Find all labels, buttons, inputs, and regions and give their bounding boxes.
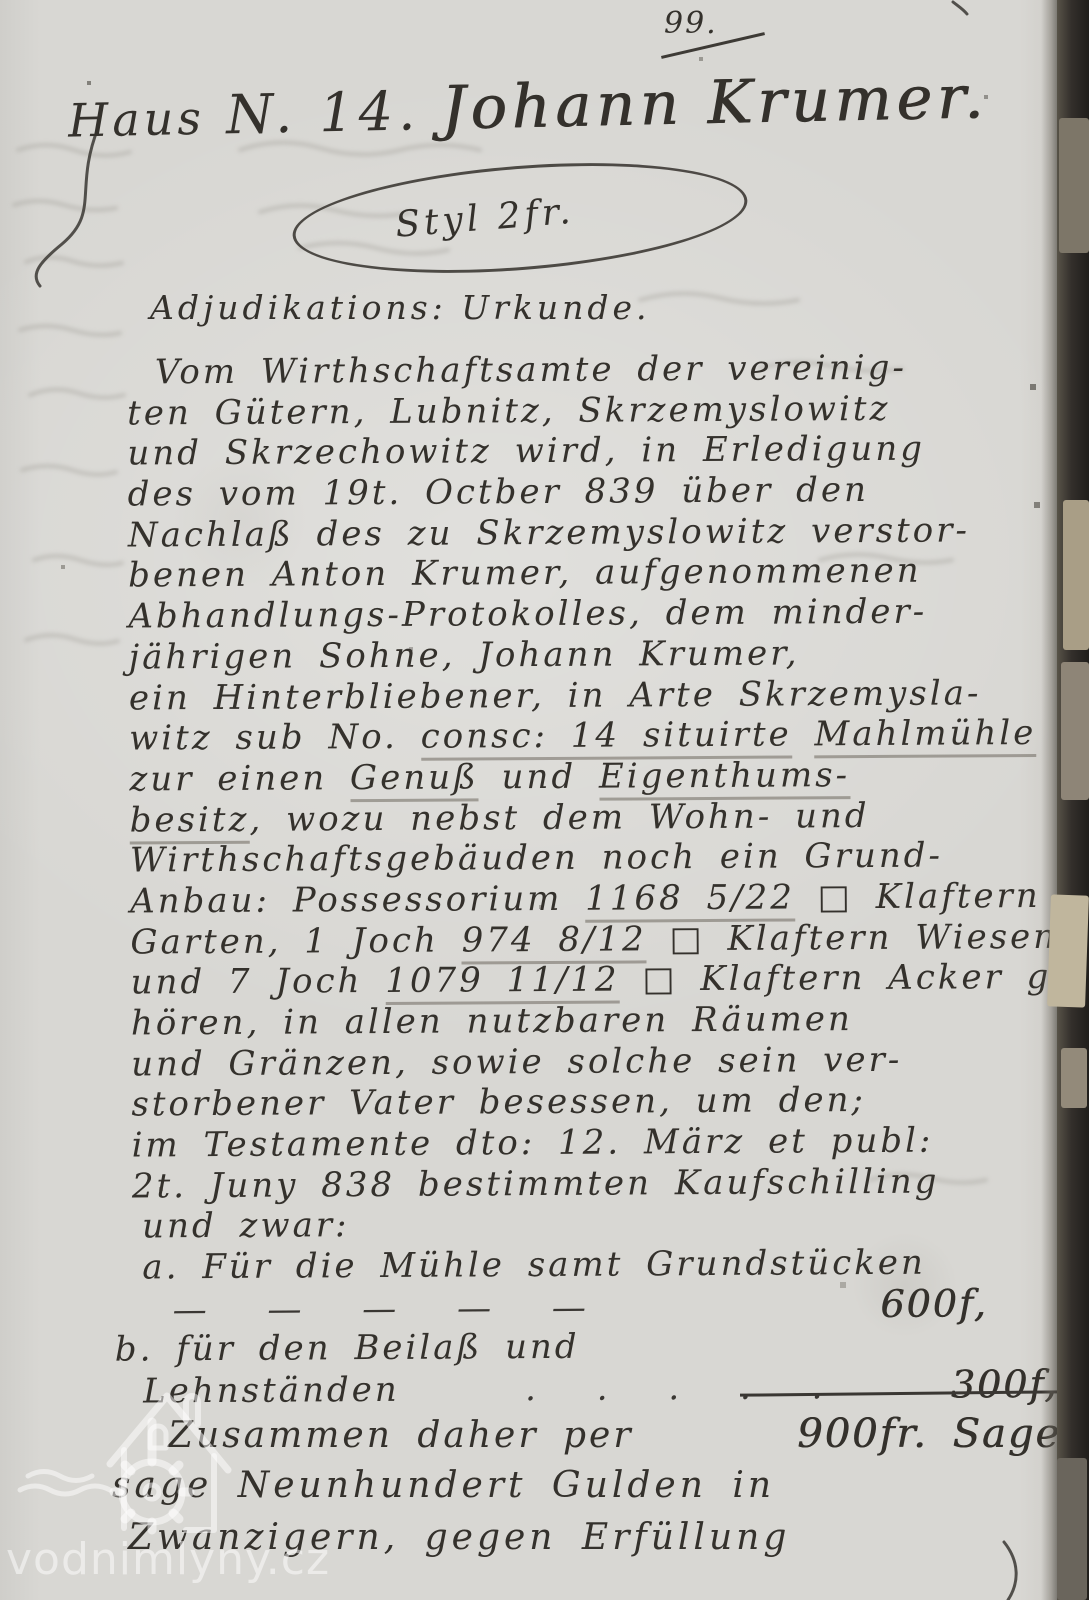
binding-strip (1057, 0, 1089, 1600)
page-number: 99. (664, 6, 718, 41)
header-word-haus: Haus (68, 91, 206, 148)
document-title: Adjudikations: Urkunde. (150, 288, 651, 327)
header-owner-name: Johann Krumer. (441, 62, 989, 143)
paper-stub (1061, 1048, 1087, 1108)
paper-stub (1063, 500, 1089, 650)
paper-stub (1047, 894, 1089, 1007)
header-house-number: N. 14. (225, 79, 420, 146)
paper-stub (1057, 1458, 1087, 1600)
paper-stub (1061, 662, 1089, 800)
stamp-text: Styl 2fr. (394, 185, 646, 251)
scanned-manuscript-page: 99. Haus N. 14. Johann Krumer. Styl 2fr.… (0, 0, 1089, 1600)
paper-stub (1059, 118, 1089, 253)
